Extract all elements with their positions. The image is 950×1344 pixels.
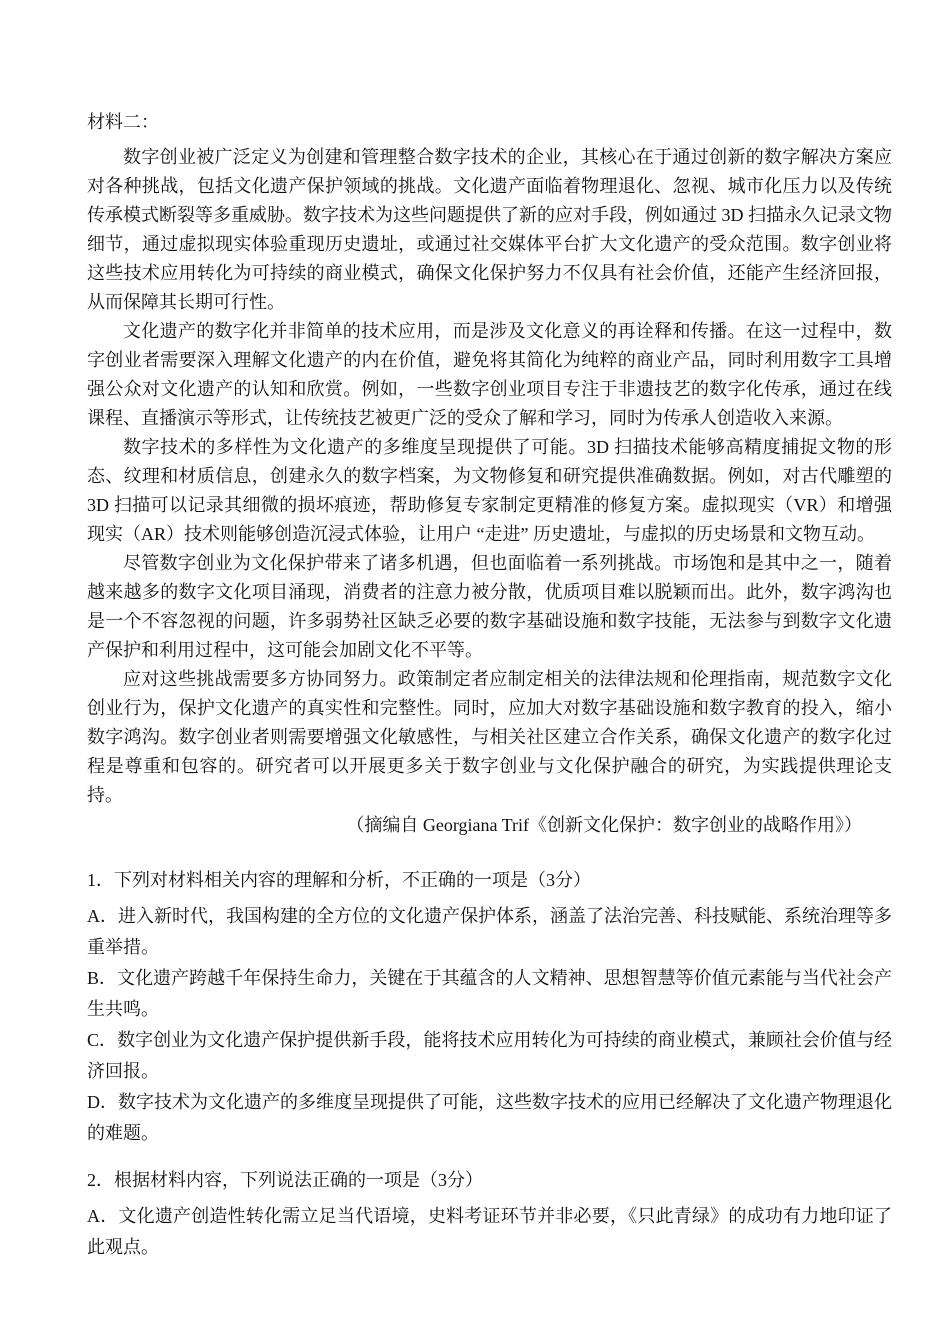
option-c-label: C．: [87, 1030, 117, 1050]
question-2-option-a-text: 文化遗产创造性转化需立足当代语境，史料考证环节并非必要，《只此青绿》的成功有力地…: [87, 1206, 892, 1257]
question-2-option-a: A．文化遗产创造性转化需立足当代语境，史料考证环节并非必要，《只此青绿》的成功有…: [87, 1201, 892, 1263]
option-d-text: 数字技术为文化遗产的多维度呈现提供了可能，这些数字技术的应用已经解决了文化遗产物…: [87, 1092, 892, 1143]
option-b-label: B．: [87, 968, 117, 988]
option-c-text: 数字创业为文化遗产保护提供新手段，能将技术应用转化为可持续的商业模式，兼顾社会价…: [87, 1030, 892, 1081]
option-d-label: D．: [87, 1092, 118, 1112]
question-1-stem: 1．下列对材料相关内容的理解和分析，不正确的一项是（3分）: [87, 865, 892, 896]
question-2-stem-text: 根据材料内容，下列说法正确的一项是（3分）: [114, 1170, 483, 1190]
question-1-option-a: A．进入新时代，我国构建的全方位的文化遗产保护体系，涵盖了法治完善、科技赋能、系…: [87, 901, 892, 963]
question-1-option-d: D．数字技术为文化遗产的多维度呈现提供了可能，这些数字技术的应用已经解决了文化遗…: [87, 1087, 892, 1149]
material-section: 材料二： 数字创业被广泛定义为创建和管理整合数字技术的企业，其核心在于通过创新的…: [87, 108, 892, 841]
questions-section: 1．下列对材料相关内容的理解和分析，不正确的一项是（3分） A．进入新时代，我国…: [87, 865, 892, 1263]
material-paragraph-1: 数字创业被广泛定义为创建和管理整合数字技术的企业，其核心在于通过创新的数字解决方…: [87, 143, 892, 317]
attribution-line: （摘编自 Georgiana Trif《创新文化保护：数字创业的战略作用》）: [87, 810, 892, 841]
document-page: 材料二： 数字创业被广泛定义为创建和管理整合数字技术的企业，其核心在于通过创新的…: [0, 0, 950, 1344]
option-b-text: 文化遗产跨越千年保持生命力，关键在于其蕴含的人文精神、思想智慧等价值元素能与当代…: [87, 968, 892, 1019]
question-1: 1．下列对材料相关内容的理解和分析，不正确的一项是（3分） A．进入新时代，我国…: [87, 865, 892, 1149]
question-2-number: 2．: [87, 1170, 114, 1190]
option-a-text: 进入新时代，我国构建的全方位的文化遗产保护体系，涵盖了法治完善、科技赋能、系统治…: [87, 906, 892, 957]
question-2-option-a-label: A．: [87, 1206, 118, 1226]
question-1-number: 1．: [87, 870, 114, 890]
question-1-stem-text: 下列对材料相关内容的理解和分析，不正确的一项是（3分）: [114, 870, 591, 890]
material-heading: 材料二：: [87, 108, 892, 137]
material-paragraph-4: 尽管数字创业为文化保护带来了诸多机遇，但也面临着一系列挑战。市场饱和是其中之一，…: [87, 549, 892, 665]
question-2-stem: 2．根据材料内容，下列说法正确的一项是（3分）: [87, 1165, 892, 1196]
material-paragraph-3: 数字技术的多样性为文化遗产的多维度呈现提供了可能。3D 扫描技术能够高精度捕捉文…: [87, 433, 892, 549]
material-paragraph-2: 文化遗产的数字化并非简单的技术应用，而是涉及文化意义的再诠释和传播。在这一过程中…: [87, 317, 892, 433]
material-paragraph-5: 应对这些挑战需要多方协同努力。政策制定者应制定相关的法律法规和伦理指南，规范数字…: [87, 665, 892, 810]
option-a-label: A．: [87, 906, 118, 926]
question-1-option-b: B．文化遗产跨越千年保持生命力，关键在于其蕴含的人文精神、思想智慧等价值元素能与…: [87, 963, 892, 1025]
question-2: 2．根据材料内容，下列说法正确的一项是（3分） A．文化遗产创造性转化需立足当代…: [87, 1165, 892, 1263]
question-1-option-c: C．数字创业为文化遗产保护提供新手段，能将技术应用转化为可持续的商业模式，兼顾社…: [87, 1025, 892, 1087]
